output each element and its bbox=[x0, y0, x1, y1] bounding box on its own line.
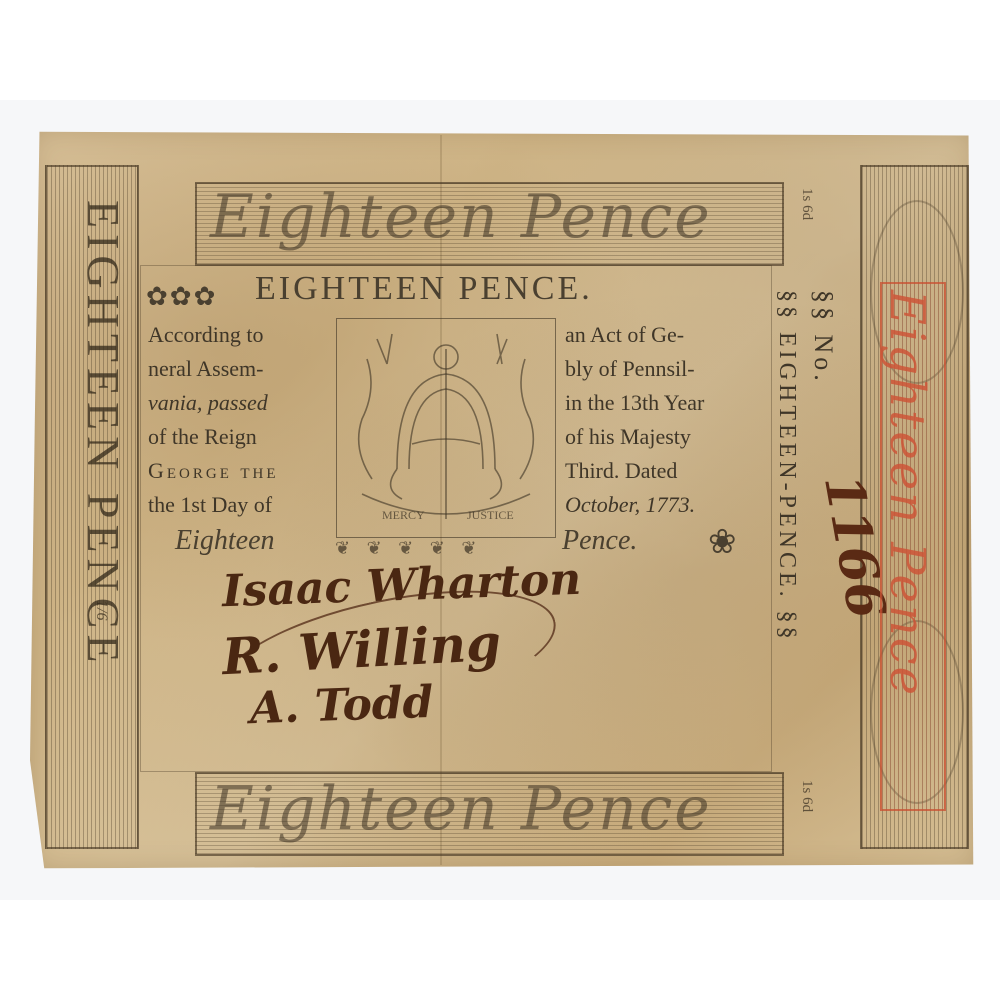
svg-text:JUSTICE: JUSTICE bbox=[467, 508, 514, 522]
right-vertical-text: §§ EIGHTEEN-PENCE. §§ bbox=[773, 290, 800, 643]
left-line: George the bbox=[148, 454, 279, 488]
right-line: bly of Pennsil- bbox=[565, 352, 704, 386]
right-line: of his Majesty bbox=[565, 420, 704, 454]
left-text-column: According to neral Assem- vania, passed … bbox=[148, 318, 279, 522]
number-label: §§ No. bbox=[808, 290, 838, 385]
right-line: October, 1773. bbox=[565, 488, 704, 522]
flourish-icons: ❦ ❦ ❦ ❦ ❦ bbox=[335, 538, 482, 559]
emblem-icon: MERCY JUSTICE bbox=[337, 319, 555, 537]
red-panel-script: Eighteen Pence bbox=[879, 290, 935, 697]
signature-todd: A. Todd bbox=[249, 677, 434, 734]
lower-right-script: Pence. bbox=[562, 525, 637, 557]
right-line: an Act of Ge- bbox=[565, 318, 704, 352]
rosette-icons: ✿✿✿ bbox=[146, 282, 217, 312]
top-border-script: Eighteen Pence bbox=[210, 182, 712, 252]
headline: EIGHTEEN PENCE. bbox=[255, 270, 593, 308]
left-border-fraction: 1/6 bbox=[92, 600, 110, 620]
left-line: neral Assem- bbox=[148, 352, 279, 386]
fleuron-icon: ❀ bbox=[708, 522, 737, 562]
right-line: Third. Dated bbox=[565, 454, 704, 488]
left-border-text: EIGHTEEN PENCE bbox=[77, 200, 130, 669]
lower-left-script: Eighteen bbox=[175, 525, 275, 557]
right-text-column: an Act of Ge- bly of Pennsil- in the 13t… bbox=[565, 318, 704, 522]
svg-text:MERCY: MERCY bbox=[382, 508, 425, 522]
right-line: in the 13th Year bbox=[565, 386, 704, 420]
coat-of-arms-emblem: MERCY JUSTICE bbox=[336, 318, 556, 538]
left-line: of the Reign bbox=[148, 420, 279, 454]
left-line: According to bbox=[148, 318, 279, 352]
left-line: vania, passed bbox=[148, 386, 279, 420]
left-line: the 1st Day of bbox=[148, 488, 279, 522]
corner-denomination-top: 1s 6d bbox=[798, 188, 815, 220]
bottom-border-script: Eighteen Pence bbox=[210, 774, 712, 844]
corner-denomination-bottom: 1s 6d bbox=[798, 780, 815, 812]
